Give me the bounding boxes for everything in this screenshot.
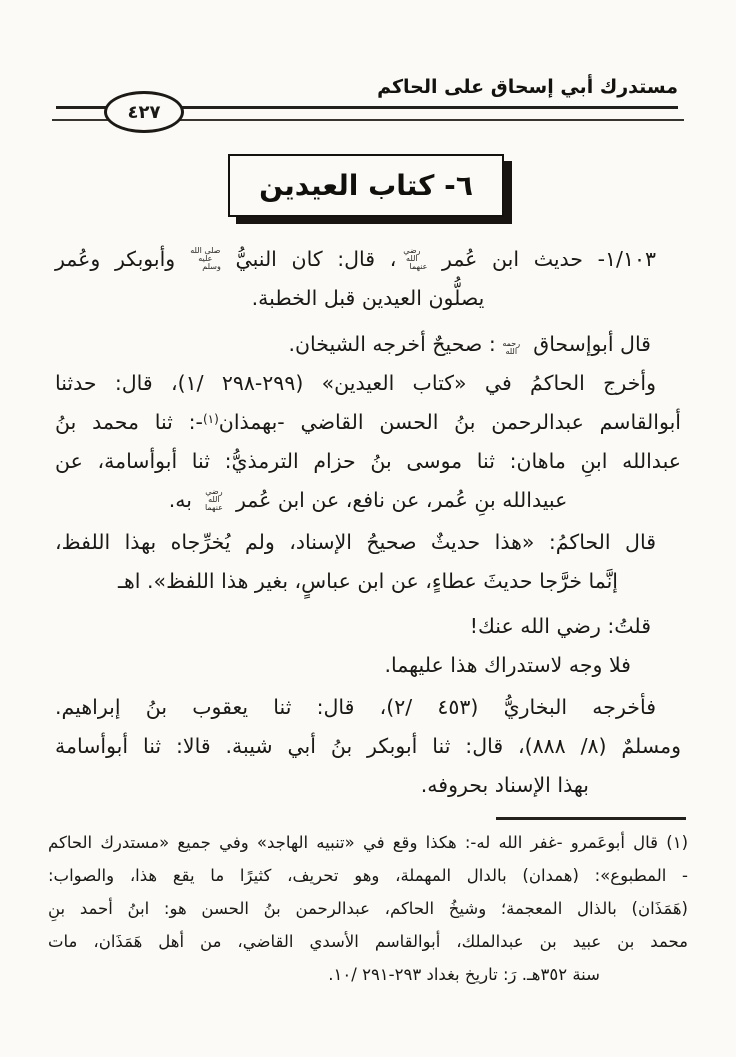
body-segment: قال أبوإسحاق	[527, 332, 651, 356]
body-segment: -: ثنا محمد بنُ	[55, 410, 203, 434]
honorific-sallallahu-alayhi-wasallam: صلى الله عليه وسلم	[190, 247, 221, 271]
footnote-line: - المطبوع»: (همدان) بالدال المهملة، وهو …	[48, 859, 688, 892]
hadith-number: ١/١٠٣	[605, 247, 656, 271]
body-line: قال الحاكمُ: «هذا حديثٌ صحيحُ الإسناد، و…	[55, 523, 681, 562]
body-segment: ، قال: ثنا أبوبكر بنُ أبي شيبة. قالا: ثن…	[55, 734, 525, 758]
ref-citation: ٢٩٣-٢٩١ /١٠	[334, 965, 422, 984]
footnote-line: (هَمَذَان) بالذال المعجمة؛ وشيخُ الحاكم،…	[48, 892, 688, 925]
footnote-block: (١) قال أبوعَمرو -غفر الله له-: هكذا وقع…	[48, 826, 688, 991]
honorific-radiallahu-anhuma: رضي الله عنهما	[198, 488, 229, 512]
footnote-line: (١) قال أبوعَمرو -غفر الله له-: هكذا وقع…	[48, 826, 688, 859]
body-segment: عبيدالله بنِ عُمر، عن نافع، عن ابن عُمر	[229, 488, 567, 512]
body-line: عبدالله ابنِ ماهان: ثنا موسى بنُ حزام ال…	[55, 442, 681, 481]
scanned-book-page: مستدرك أبي إسحاق على الحاكم ٤٢٧ ٦- كتاب …	[0, 0, 736, 1057]
body-segment: ، قال: حدثنا	[55, 371, 178, 395]
page-number-badge: ٤٢٧	[104, 91, 184, 133]
body-segment: ومسلمٌ	[607, 734, 682, 758]
ref-citation: (٨/ ٨٨٨)	[525, 734, 607, 758]
footnote-line: محمد بن عبيد بن عبدالملك، أبوالقاسم الأس…	[48, 925, 688, 958]
body-line: وأخرج الحاكمُ في «كتاب العيدين» (٢٩٩-٢٩٨…	[55, 364, 681, 403]
body-line: يصلُّون العيدين قبل الخطبة.	[55, 279, 681, 318]
body-segment: وأبوبكر وعُمر	[55, 247, 190, 271]
body-segment: ، قال: ثنا يعقوب بنُ إبراهيم.	[55, 695, 386, 719]
body-line: فأخرجه البخاريُّ (٤٥٣ /٢)، قال: ثنا يعقو…	[55, 688, 681, 727]
body-line: قلتُ: رضي الله عنك!	[55, 607, 681, 646]
honorific-radiallahu-anhuma: رضي الله عنهما	[396, 247, 427, 271]
body-line: قال أبوإسحاق رحمه الله: صحيحٌ أخرجه الشي…	[55, 325, 681, 364]
body-segment: وأخرج الحاكمُ في «كتاب العيدين»	[303, 371, 656, 395]
body-line: ١/١٠٣- حديث ابن عُمر رضي الله عنهما، قال…	[55, 240, 681, 279]
body-line: عبيدالله بنِ عُمر، عن نافع، عن ابن عُمر …	[55, 481, 681, 520]
chapter-title: ٦- كتاب العيدين	[259, 169, 473, 202]
body-segment: : صحيحٌ أخرجه الشيخان.	[288, 332, 495, 356]
body-text: ١/١٠٣- حديث ابن عُمر رضي الله عنهما، قال…	[55, 240, 681, 805]
page-number: ٤٢٧	[128, 102, 161, 123]
book-title: مستدرك أبي إسحاق على الحاكم	[377, 76, 678, 98]
footnote-separator-rule	[496, 817, 686, 820]
body-segment: أبوالقاسم عبدالرحمن بنُ الحسن القاضي -به…	[219, 410, 681, 434]
chapter-title-box: ٦- كتاب العيدين	[228, 154, 504, 217]
ref-citation: (٢٩٩-٢٩٨ /١)	[178, 371, 304, 395]
body-line: أبوالقاسم عبدالرحمن بنُ الحسن القاضي -به…	[55, 403, 681, 442]
body-segment: فأخرجه البخاريُّ	[478, 695, 656, 719]
body-line: فلا وجه لاستدراك هذا عليهما.	[55, 646, 681, 685]
body-segment: به.	[169, 488, 199, 512]
body-line: بهذا الإسناد بحروفه.	[55, 766, 681, 805]
footnote-segment: سنة ٣٥٢هـ. رَ: تاريخ بغداد	[421, 965, 600, 984]
footnote-line: سنة ٣٥٢هـ. رَ: تاريخ بغداد ٢٩٣-٢٩١ /١٠.	[48, 958, 688, 991]
footnote-ref: (١)	[203, 412, 219, 426]
body-line: إنَّما خرَّجا حديثَ عطاءٍ، عن ابن عباسٍ،…	[55, 562, 681, 601]
body-line: ومسلمٌ (٨/ ٨٨٨)، قال: ثنا أبوبكر بنُ أبي…	[55, 727, 681, 766]
ref-citation: (٤٥٣ /٢)	[386, 695, 478, 719]
honorific-rahimahullah: رحمه الله	[496, 340, 527, 356]
body-segment: - حديث ابن عُمر	[427, 247, 605, 271]
body-segment: ، قال: كان النبيُّ	[221, 247, 397, 271]
